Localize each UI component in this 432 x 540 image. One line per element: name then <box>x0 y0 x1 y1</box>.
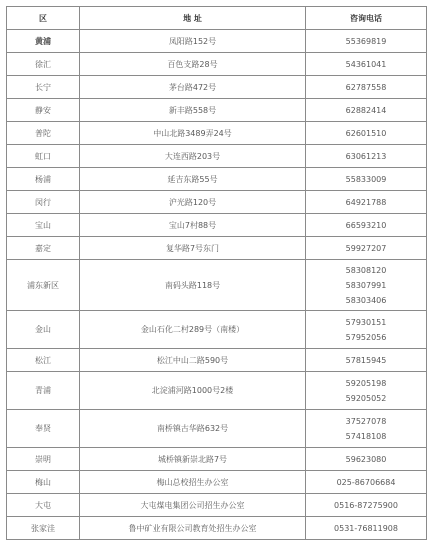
phone-number: 59927207 <box>306 241 426 256</box>
table-row: 普陀中山北路3489弄24号62601510 <box>7 122 427 145</box>
phone-number: 62601510 <box>306 126 426 141</box>
table-row: 梅山梅山总校招生办公室025-86706684 <box>7 471 427 494</box>
table-row: 大屯大屯煤电集团公司招生办公室0516-87275900 <box>7 494 427 517</box>
phone-cell: 59623080 <box>306 448 427 471</box>
table-row: 金山金山石化二村289号（南楼）5793015157952056 <box>7 311 427 349</box>
district-cell: 张家洼 <box>7 517 80 540</box>
phone-cell: 62601510 <box>306 122 427 145</box>
phone-number: 37527078 <box>306 414 426 429</box>
phone-number: 58307991 <box>306 278 426 293</box>
phone-number: 0531-76811908 <box>306 521 426 536</box>
phone-cell: 66593210 <box>306 214 427 237</box>
table-row: 张家洼鲁中矿业有限公司教育处招生办公室0531-76811908 <box>7 517 427 540</box>
phone-number: 57952056 <box>306 330 426 345</box>
table-row: 嘉定复华路7号东门59927207 <box>7 237 427 260</box>
district-cell: 长宁 <box>7 76 80 99</box>
table-row: 崇明城桥镇新崇北路7号59623080 <box>7 448 427 471</box>
phone-number: 54361041 <box>306 57 426 72</box>
phone-cell: 59927207 <box>306 237 427 260</box>
address-cell: 北淀浦河路1000号2楼 <box>80 372 306 410</box>
district-cell: 青浦 <box>7 372 80 410</box>
address-cell: 百色支路28号 <box>80 53 306 76</box>
phone-number: 62787558 <box>306 80 426 95</box>
phone-cell: 62787558 <box>306 76 427 99</box>
table-row: 青浦北淀浦河路1000号2楼5920519859205052 <box>7 372 427 410</box>
phone-cell: 55369819 <box>306 30 427 53</box>
table-row: 徐汇百色支路28号54361041 <box>7 53 427 76</box>
address-cell: 沪光路120号 <box>80 191 306 214</box>
header-address: 地 址 <box>80 7 306 30</box>
table-header-row: 区 地 址 咨询电话 <box>7 7 427 30</box>
phone-number: 63061213 <box>306 149 426 164</box>
district-cell: 徐汇 <box>7 53 80 76</box>
phone-number: 58303406 <box>306 293 426 308</box>
phone-cell: 5920519859205052 <box>306 372 427 410</box>
phone-cell: 3752707857418108 <box>306 410 427 448</box>
district-cell: 黄浦 <box>7 30 80 53</box>
address-cell: 南桥镇古华路632号 <box>80 410 306 448</box>
address-cell: 茅台路472号 <box>80 76 306 99</box>
table-row: 长宁茅台路472号62787558 <box>7 76 427 99</box>
phone-number: 59205198 <box>306 376 426 391</box>
district-cell: 崇明 <box>7 448 80 471</box>
district-cell: 奉贤 <box>7 410 80 448</box>
phone-cell: 57815945 <box>306 349 427 372</box>
address-cell: 城桥镇新崇北路7号 <box>80 448 306 471</box>
phone-number: 64921788 <box>306 195 426 210</box>
phone-cell: 64921788 <box>306 191 427 214</box>
phone-number: 59205052 <box>306 391 426 406</box>
district-cell: 嘉定 <box>7 237 80 260</box>
phone-number: 57930151 <box>306 315 426 330</box>
phone-cell: 55833009 <box>306 168 427 191</box>
district-cell: 宝山 <box>7 214 80 237</box>
district-cell: 静安 <box>7 99 80 122</box>
phone-number: 025-86706684 <box>306 475 426 490</box>
table-row: 宝山宝山7村88号66593210 <box>7 214 427 237</box>
district-cell: 大屯 <box>7 494 80 517</box>
phone-cell: 025-86706684 <box>306 471 427 494</box>
district-cell: 普陀 <box>7 122 80 145</box>
table-row: 奉贤南桥镇古华路632号3752707857418108 <box>7 410 427 448</box>
contact-table: 区 地 址 咨询电话 黄浦凤阳路152号55369819徐汇百色支路28号543… <box>6 6 427 540</box>
phone-number: 55369819 <box>306 34 426 49</box>
header-district: 区 <box>7 7 80 30</box>
table-row: 虹口大连西路203号63061213 <box>7 145 427 168</box>
table-row: 松江松江中山二路590号57815945 <box>7 349 427 372</box>
phone-number: 57815945 <box>306 353 426 368</box>
address-cell: 大连西路203号 <box>80 145 306 168</box>
address-cell: 中山北路3489弄24号 <box>80 122 306 145</box>
district-cell: 闵行 <box>7 191 80 214</box>
table-row: 静安新丰路558号62882414 <box>7 99 427 122</box>
phone-number: 55833009 <box>306 172 426 187</box>
phone-number: 0516-87275900 <box>306 498 426 513</box>
address-cell: 松江中山二路590号 <box>80 349 306 372</box>
address-cell: 金山石化二村289号（南楼） <box>80 311 306 349</box>
table-row: 浦东新区南码头路118号583081205830799158303406 <box>7 260 427 311</box>
address-cell: 复华路7号东门 <box>80 237 306 260</box>
phone-cell: 0516-87275900 <box>306 494 427 517</box>
phone-cell: 63061213 <box>306 145 427 168</box>
district-cell: 浦东新区 <box>7 260 80 311</box>
phone-cell: 0531-76811908 <box>306 517 427 540</box>
phone-number: 57418108 <box>306 429 426 444</box>
table-row: 闵行沪光路120号64921788 <box>7 191 427 214</box>
district-cell: 金山 <box>7 311 80 349</box>
district-cell: 虹口 <box>7 145 80 168</box>
header-phone: 咨询电话 <box>306 7 427 30</box>
district-cell: 杨浦 <box>7 168 80 191</box>
phone-cell: 62882414 <box>306 99 427 122</box>
table-row: 杨浦延吉东路55号55833009 <box>7 168 427 191</box>
address-cell: 鲁中矿业有限公司教育处招生办公室 <box>80 517 306 540</box>
phone-cell: 5793015157952056 <box>306 311 427 349</box>
district-cell: 松江 <box>7 349 80 372</box>
district-cell: 梅山 <box>7 471 80 494</box>
phone-cell: 583081205830799158303406 <box>306 260 427 311</box>
phone-cell: 54361041 <box>306 53 427 76</box>
address-cell: 梅山总校招生办公室 <box>80 471 306 494</box>
phone-number: 59623080 <box>306 452 426 467</box>
address-cell: 宝山7村88号 <box>80 214 306 237</box>
address-cell: 延吉东路55号 <box>80 168 306 191</box>
phone-number: 66593210 <box>306 218 426 233</box>
address-cell: 新丰路558号 <box>80 99 306 122</box>
address-cell: 南码头路118号 <box>80 260 306 311</box>
phone-number: 58308120 <box>306 263 426 278</box>
address-cell: 大屯煤电集团公司招生办公室 <box>80 494 306 517</box>
address-cell: 凤阳路152号 <box>80 30 306 53</box>
phone-number: 62882414 <box>306 103 426 118</box>
table-row: 黄浦凤阳路152号55369819 <box>7 30 427 53</box>
